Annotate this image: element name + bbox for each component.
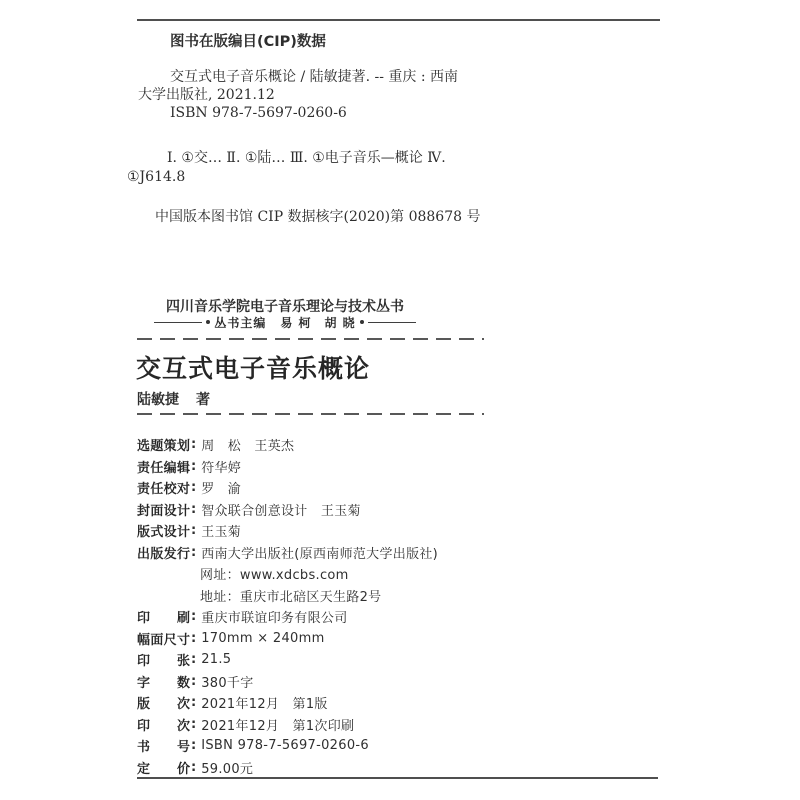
credit-label: 责任校对: [137, 478, 190, 497]
credit-row-word-count: 字数:380千字: [137, 671, 697, 693]
credit-separator: :: [191, 652, 196, 667]
credit-label: 责任编辑: [137, 457, 190, 476]
credit-label: 字数: [137, 672, 190, 691]
credit-row-editor: 责任编辑:符华婷: [137, 456, 697, 478]
credit-separator: :: [191, 545, 196, 560]
credit-label: 幅面尺寸: [137, 629, 190, 648]
credit-row-publisher: 出版发行:西南大学出版社(原西南师范大学出版社): [137, 542, 697, 564]
series-editors-label: 丛书主编: [214, 314, 266, 331]
credit-separator: :: [191, 502, 196, 517]
credit-label: 封面设计: [137, 500, 190, 519]
credit-label: 出版发行: [137, 543, 190, 562]
credit-row-price: 定价:59.00元: [137, 757, 697, 779]
credit-separator: :: [191, 717, 196, 732]
author-line: 陆敏捷著: [137, 389, 210, 409]
credit-label: 印次: [137, 715, 190, 734]
credit-value: 周 松 王英杰: [201, 435, 294, 454]
credit-value: 2021年12月 第1次印刷: [201, 715, 354, 734]
credit-row-sheets: 印张:21.5: [137, 649, 697, 671]
credit-separator: :: [191, 674, 196, 689]
credit-label: 定价: [137, 758, 190, 777]
credit-value: 21.5: [201, 652, 231, 667]
credit-label: 书号: [137, 736, 190, 755]
credit-value: 智众联合创意设计 王玉菊: [201, 500, 361, 519]
credit-row-address: 地址：重庆市北碚区天生路2号: [137, 585, 697, 607]
credit-separator: :: [191, 760, 196, 775]
editors-right-line: [368, 322, 416, 323]
credit-label: 选题策划: [137, 435, 190, 454]
editors-left-dot: [206, 320, 210, 324]
credit-row-planning: 选题策划:周 松 王英杰: [137, 434, 697, 456]
dashed-divider-bottom: [137, 413, 484, 415]
credit-separator: :: [191, 631, 196, 646]
credit-value: 重庆市联谊印务有限公司: [201, 607, 347, 626]
cip-classification-line: Ⅰ. ①交… Ⅱ. ①陆… Ⅲ. ①电子音乐—概论 Ⅳ.: [167, 149, 446, 167]
credit-row-edition: 版次:2021年12月 第1版: [137, 692, 697, 714]
series-editors-names: 易 柯 胡 晓: [280, 314, 355, 331]
credit-value: 地址：重庆市北碚区天生路2号: [200, 586, 381, 605]
credit-row-layout-design: 版式设计:王玉菊: [137, 520, 697, 542]
editors-left-line: [154, 322, 202, 323]
credit-value: 王玉菊: [201, 521, 241, 540]
colophon-list: 选题策划:周 松 王英杰 责任编辑:符华婷 责任校对:罗 渝 封面设计:智众联合…: [137, 434, 697, 778]
author-name: 陆敏捷: [137, 392, 179, 408]
credit-separator: :: [191, 480, 196, 495]
credit-separator: :: [191, 459, 196, 474]
author-role: 著: [196, 392, 210, 408]
credit-row-proofreader: 责任校对:罗 渝: [137, 477, 697, 499]
credit-row-cover-design: 封面设计:智众联合创意设计 王玉菊: [137, 499, 697, 521]
credit-label: 版次: [137, 693, 190, 712]
cip-record-line: 中国版本图书馆 CIP 数据核字(2020)第 088678 号: [155, 208, 480, 226]
cip-header: 图书在版编目(CIP)数据: [170, 33, 326, 51]
cip-classification-code: ①J614.8: [127, 168, 185, 186]
series-editors-line: 丛书主编 易 柯 胡 晓: [137, 314, 433, 330]
credit-value: ISBN 978-7-5697-0260-6: [201, 738, 369, 753]
credit-label: 印刷: [137, 607, 190, 626]
credit-label: 印张: [137, 650, 190, 669]
credit-value: 罗 渝: [201, 478, 241, 497]
credit-row-book-number: 书号:ISBN 978-7-5697-0260-6: [137, 735, 697, 757]
credit-row-printer: 印刷:重庆市联谊印务有限公司: [137, 606, 697, 628]
credit-label: 版式设计: [137, 521, 190, 540]
credit-separator: :: [191, 738, 196, 753]
credit-separator: :: [191, 437, 196, 452]
credit-value: 符华婷: [201, 457, 241, 476]
credit-value: 西南大学出版社(原西南师范大学出版社): [201, 543, 438, 562]
top-rule: [137, 19, 660, 21]
book-copyright-page: 图书在版编目(CIP)数据 交互式电子音乐概论 / 陆敏捷著. -- 重庆 : …: [0, 0, 800, 800]
credit-row-website: 网址：www.xdcbs.com: [137, 563, 697, 585]
credit-value: 59.00元: [201, 758, 253, 777]
credit-separator: :: [191, 523, 196, 538]
credit-value: 网址：www.xdcbs.com: [200, 564, 349, 583]
credit-row-dimensions: 幅面尺寸:170mm × 240mm: [137, 628, 697, 650]
credit-separator: :: [191, 695, 196, 710]
credit-separator: :: [191, 609, 196, 624]
cip-description-line1: 交互式电子音乐概论 / 陆敏捷著. -- 重庆 : 西南: [170, 68, 458, 86]
bottom-rule: [137, 777, 658, 779]
editors-right-dot: [360, 320, 364, 324]
credit-value: 170mm × 240mm: [201, 631, 324, 646]
dashed-divider-top: [137, 338, 484, 340]
credit-value: 2021年12月 第1版: [201, 693, 328, 712]
book-title: 交互式电子音乐概论: [136, 349, 370, 385]
credit-value: 380千字: [201, 672, 253, 691]
credit-row-impression: 印次:2021年12月 第1次印刷: [137, 714, 697, 736]
cip-isbn-line: ISBN 978-7-5697-0260-6: [170, 104, 347, 122]
cip-description-line2: 大学出版社, 2021.12: [138, 86, 275, 104]
